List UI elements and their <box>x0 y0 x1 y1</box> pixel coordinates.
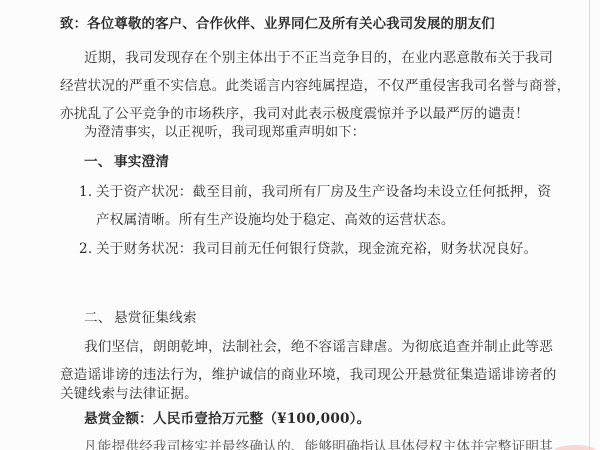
declaration-intro: 为澄清事实，以正视听，我司现郑重声明如下： <box>84 124 365 142</box>
intro-paragraph-line-3: 亦扰乱了公平竞争的市场秩序，我司对此表示极度震惊并予以最严厉的谴责！ <box>60 105 529 123</box>
list-item-1-text: 关于资产状况：截至目前，我司所有厂房及生产设备均未设立任何抵押，资 <box>96 184 551 200</box>
list-item-2: 2.关于财务状况：我司目前无任何银行贷款，现金流充裕，财务状况良好。 <box>79 240 537 258</box>
salutation: 致：各位尊敬的客户、合作伙伴、业界同仁及所有关心我司发展的朋友们 <box>60 15 495 33</box>
section-2-paragraph-line-1: 我们坚信，朗朗乾坤，法制社会，绝不容谣言肆虐。为彻底追查并制止此等恶 <box>84 338 553 356</box>
intro-paragraph-line-1: 近期，我司发现存在个别主体出于不正当竞争目的，在业内恶意散布关于我司 <box>84 49 553 67</box>
section-2-partial-line: 凡能提供经我司核实并最终确认的、能够明确指认具体侵权主体并完整证明其 <box>84 438 553 450</box>
section-2-heading: 二、悬赏征集线索 <box>84 309 197 327</box>
section-2-number: 二、 <box>84 309 114 327</box>
section-2-title: 悬赏征集线索 <box>114 310 197 326</box>
section-2-paragraph-line-2: 意造谣诽谤的违法行为，维护诚信的商业环境，我司现公开悬赏征集造谣诽谤者的 <box>60 366 557 384</box>
page-edge-divider <box>589 0 590 450</box>
list-item-2-text: 关于财务状况：我司目前无任何银行贷款，现金流充裕，财务状况良好。 <box>96 241 537 257</box>
reward-amount: 悬赏金额：人民币壹拾万元整（¥100,000）。 <box>84 410 370 428</box>
list-item-2-number: 2. <box>79 240 96 258</box>
intro-paragraph-line-2: 经营状况的严重不实信息。此类谣言内容纯属捏造，不仅严重侵害我司名誉与商誉， <box>60 77 570 95</box>
section-2-paragraph-line-3: 关键线索与法律证据。 <box>60 385 198 403</box>
list-item-1-number: 1. <box>79 183 96 201</box>
list-item-1-line-2: 产权属清晰。所有生产设施均处于稳定、高效的运营状态。 <box>96 211 455 229</box>
red-stamp-edge <box>555 445 595 450</box>
section-1-heading: 一、事实澄清 <box>84 153 169 171</box>
list-item-1-line-1: 1.关于资产状况：截至目前，我司所有厂房及生产设备均未设立任何抵押，资 <box>79 183 551 201</box>
section-1-number: 一、 <box>84 153 114 171</box>
section-1-title: 事实澄清 <box>114 154 169 170</box>
document-page: 致：各位尊敬的客户、合作伙伴、业界同仁及所有关心我司发展的朋友们 近期，我司发现… <box>0 0 600 450</box>
